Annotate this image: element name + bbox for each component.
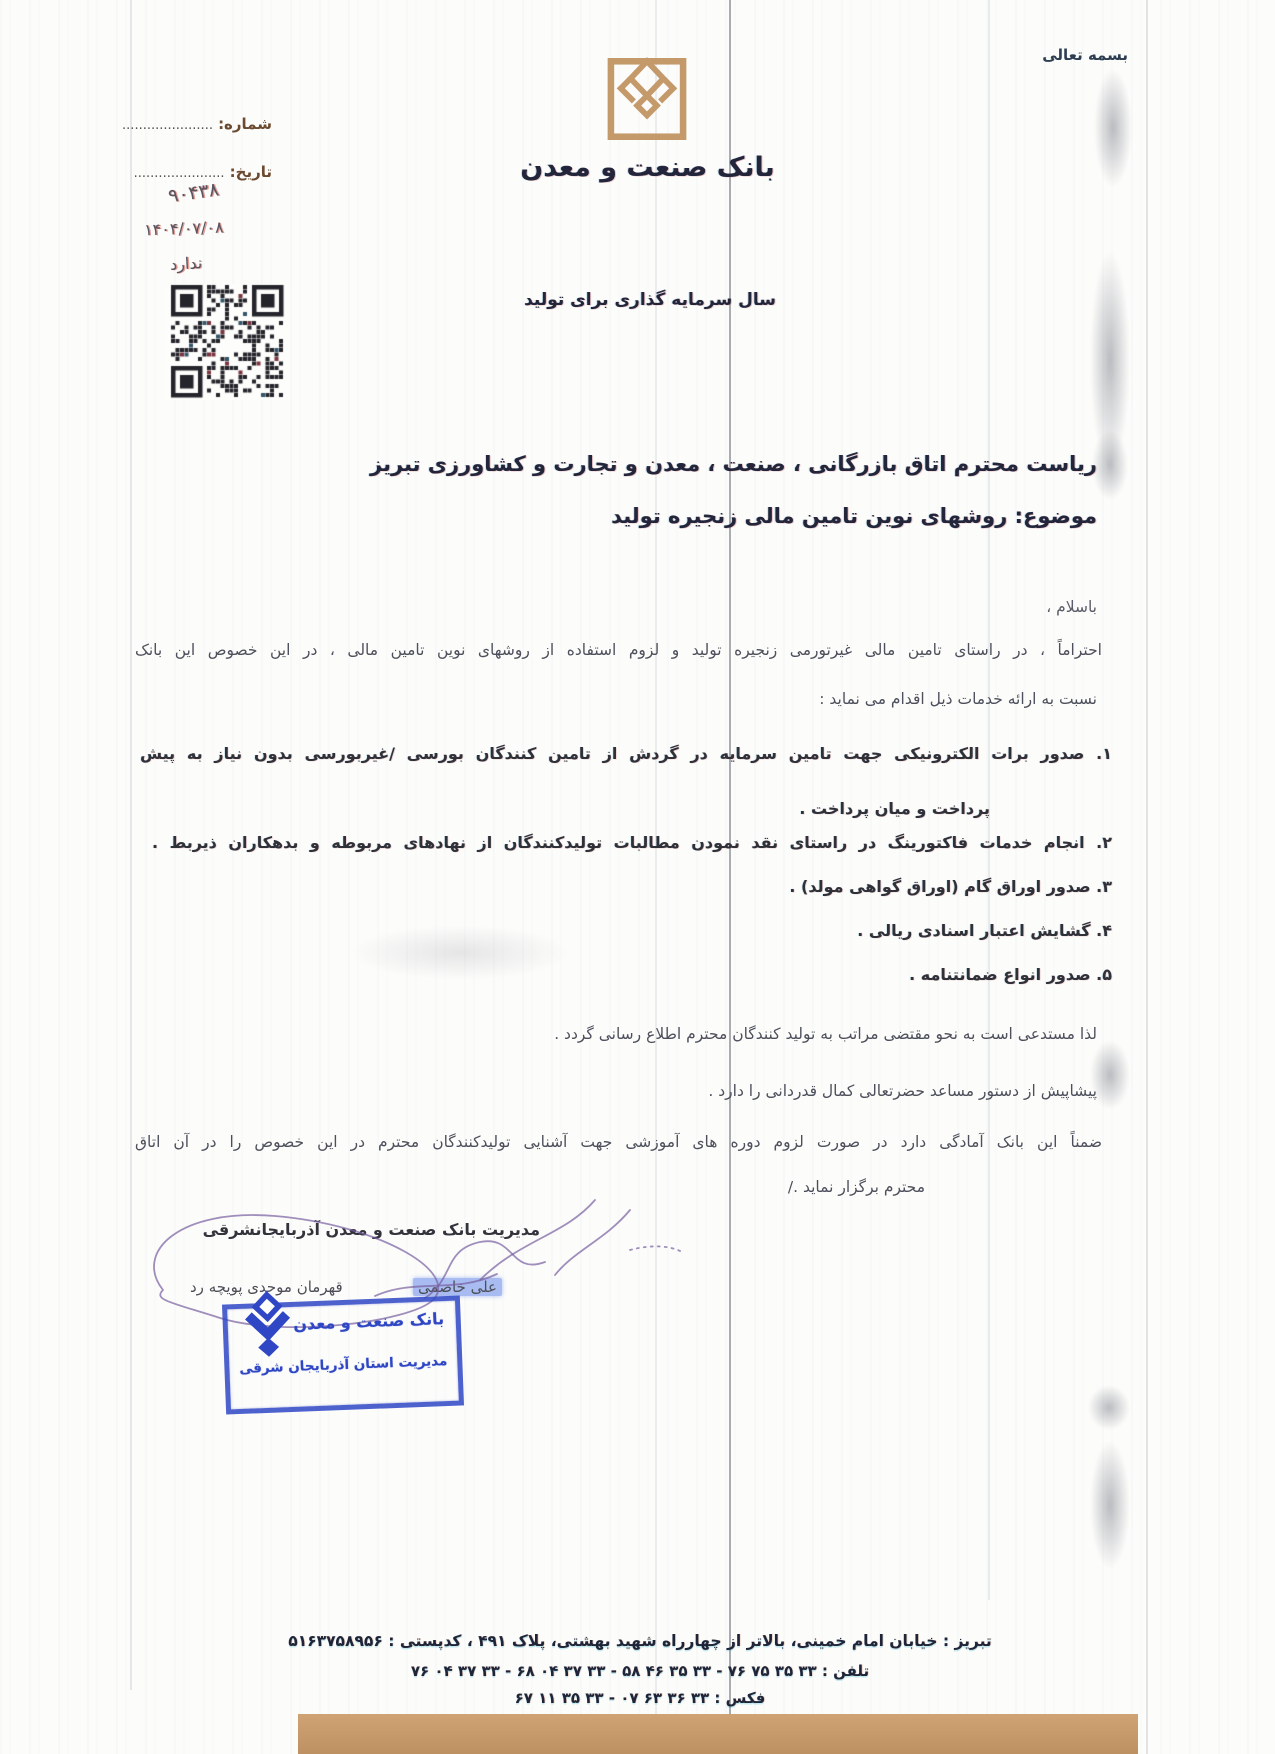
scan-line <box>130 0 132 1690</box>
footer-bar <box>298 1714 1138 1754</box>
intro-line-2: نسبت به ارائه خدمات ذیل اقدام می نماید : <box>819 690 1097 708</box>
scan-smudge <box>1092 430 1128 500</box>
stamp-line-1: بانک صنعت و معدن <box>285 1309 452 1334</box>
closing-line-3a: ضمناً این بانک آمادگی دارد در صورت لزوم … <box>135 1133 1102 1151</box>
item-text: صدور انواع ضمانتنامه . <box>909 965 1090 984</box>
closing-line-2: پیشاپیش از دستور مساعد حضرتعالی کمال قدر… <box>708 1082 1097 1100</box>
date-label: تاریخ: <box>230 163 272 181</box>
slogan-text: سال سرمایه گذاری برای تولید <box>420 290 880 310</box>
item-number: ۴. <box>1096 921 1112 940</box>
bismillah-text: بسمه تعالی <box>1042 46 1128 64</box>
scan-smudge <box>350 925 570 980</box>
item-text: صدور برات الکترونیکی جهت تامین سرمایه در… <box>140 744 1084 763</box>
closing-line-3b: محترم برگزار نماید ./ <box>788 1178 925 1196</box>
footer-phone: تلفن : ۳۳ ۳۵ ۷۵ ۷۶ - ۳۳ ۳۵ ۴۶ ۵۸ - ۳۳ ۳۷… <box>205 1662 1075 1680</box>
scan-smudge <box>1090 1440 1130 1570</box>
qr-code <box>166 284 290 400</box>
item-text: پرداخت و میان پرداخت . <box>799 799 990 818</box>
scan-line <box>1146 0 1148 1754</box>
list-item: ۲. انجام خدمات فاکتورینگ در راستای نقد ن… <box>152 833 1112 852</box>
scan-smudge <box>1094 68 1132 188</box>
list-item: ۳. صدور اوراق گام (اوراق گواهی مولد) . <box>789 877 1112 896</box>
bank-name-title: بانک صنعت و معدن <box>460 152 835 183</box>
bank-emblem-icon <box>606 56 688 142</box>
bank-logo <box>606 56 688 142</box>
number-label: شماره: <box>218 115 272 133</box>
subject-line: موضوع: روشهای نوین تامین مالی زنجیره تول… <box>611 504 1097 528</box>
attachment-note: ندارد <box>170 253 203 274</box>
recipient-line: ریاست محترم اتاق بازرگانی ، صنعت ، معدن … <box>370 452 1097 476</box>
scan-line <box>655 0 657 1714</box>
list-item: ۱. صدور برات الکترونیکی جهت تامین سرمایه… <box>140 744 1112 763</box>
list-item: ۴. گشایش اعتبار اسنادی ریالی . <box>857 921 1112 940</box>
scanned-letter-page: بسمه تعالی بانک صنعت و معدن شماره: .....… <box>0 0 1275 1754</box>
number-dots: ...................... <box>122 118 213 133</box>
salutation-text: باسلام ، <box>1046 598 1097 616</box>
scan-smudge <box>1088 1385 1130 1430</box>
ref-date-stamp: ۱۴۰۴/۰۷/۰۸ <box>144 218 224 240</box>
item-number: ۲. <box>1096 833 1112 852</box>
item-text: گشایش اعتبار اسنادی ریالی . <box>857 921 1090 940</box>
number-field: شماره: ...................... <box>60 114 272 133</box>
item-text: صدور اوراق گام (اوراق گواهی مولد) . <box>789 877 1090 896</box>
ref-number-stamp: ۹۰۴۳۸ <box>167 179 221 208</box>
item-number: ۱. <box>1096 744 1112 763</box>
footer-address: تبریز : خیابان امام خمینی، بالاتر از چها… <box>205 1632 1075 1650</box>
list-item: ۵. صدور انواع ضمانتنامه . <box>909 965 1112 984</box>
scan-line <box>729 0 731 1714</box>
item-number: ۵. <box>1096 965 1112 984</box>
closing-line-1: لذا مستدعی است به نحو مقتضی مراتب به تول… <box>554 1025 1097 1043</box>
item-text: انجام خدمات فاکتورینگ در راستای نقد نمود… <box>152 833 1085 852</box>
intro-line-1: احتراماً ، در راستای تامین مالی غیرتورمی… <box>135 641 1102 659</box>
official-stamp: بانک صنعت و معدن مدیریت استان آذربایجان … <box>222 1295 464 1414</box>
item-number: ۳. <box>1096 877 1112 896</box>
list-item-continuation: پرداخت و میان پرداخت . <box>799 799 990 818</box>
footer-fax: فکس : ۳۳ ۳۶ ۶۳ ۰۷ - ۳۳ ۳۵ ۱۱ ۶۷ <box>205 1689 1075 1707</box>
date-field: تاریخ: ...................... <box>60 162 272 181</box>
